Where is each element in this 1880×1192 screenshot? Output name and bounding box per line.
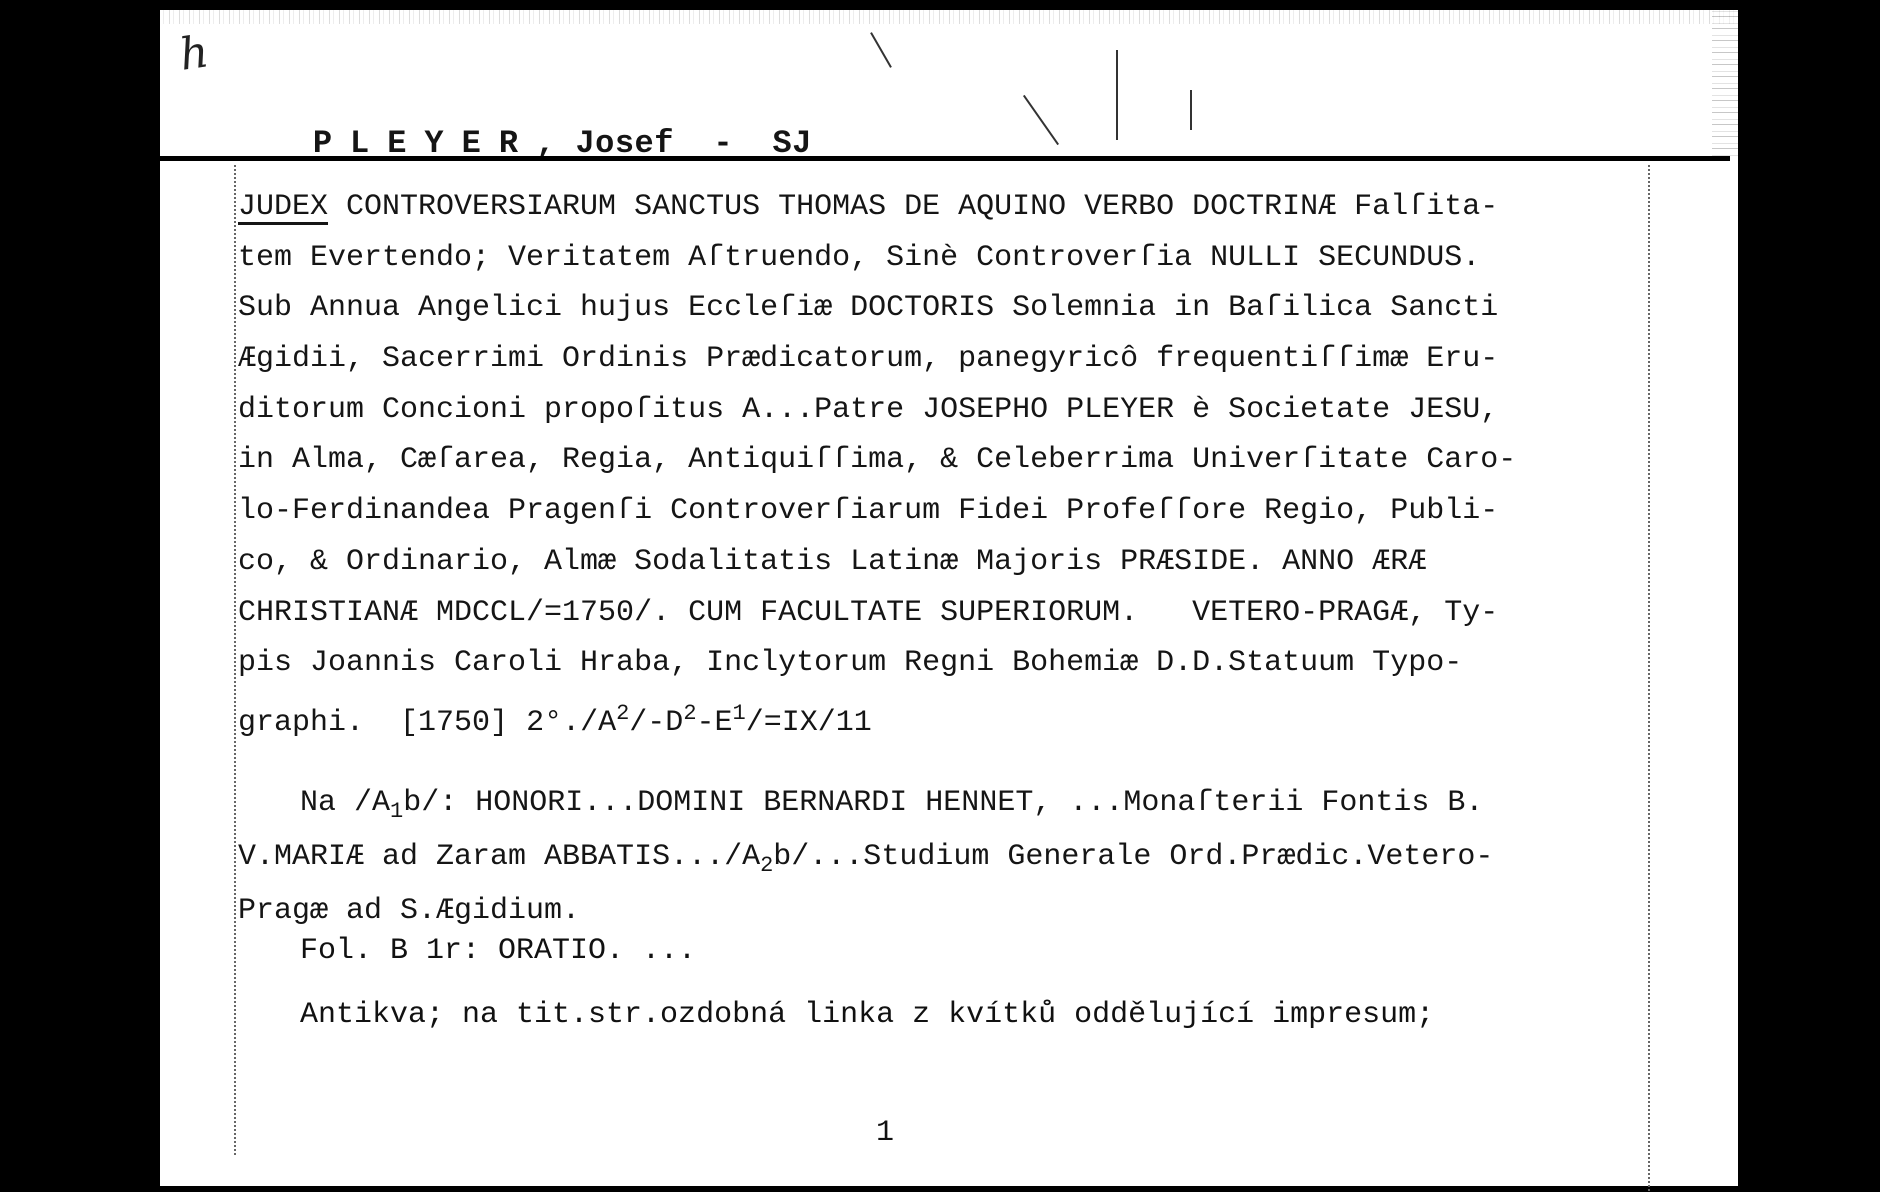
scan-artifact [1116, 50, 1118, 140]
title-line: tem Evertendo; Veritatem Aſtruendo, Sinè… [238, 233, 1638, 284]
right-margin-line [1648, 165, 1650, 1192]
scan-artifact [1190, 90, 1192, 130]
title-line: pis Joannis Caroli Hraba, Inclytorum Reg… [238, 638, 1638, 689]
title-line: co, & Ordinario, Almæ Sodalitatis Latinæ… [238, 537, 1638, 588]
scan-noise-top [160, 10, 1738, 24]
title-line: JUDEX CONTROVERSIARUM SANCTUS THOMAS DE … [238, 182, 1638, 233]
note-line: Na /A1b/: HONORI...DOMINI BERNARDI HENNE… [238, 786, 1638, 840]
catalog-card: h PLEYER, Josef - SJ JUDEX CONTROVERSIAR… [160, 10, 1738, 1186]
title-line: ditorum Concioni propoſitus A...Patre JO… [238, 385, 1638, 436]
handwritten-initials: h [177, 26, 212, 80]
collation-line: graphi. [1750] 2°./A2/-D2-E1/=IX/11 [238, 689, 1638, 740]
title-line: Sub Annua Angelici hujus Eccleſiæ DOCTOR… [238, 283, 1638, 334]
title-line: lo-Ferdinandea Pragenſi Controverſiarum … [238, 486, 1638, 537]
title-description: JUDEX CONTROVERSIARUM SANCTUS THOMAS DE … [238, 182, 1638, 740]
notes-block: Na /A1b/: HONORI...DOMINI BERNARDI HENNE… [238, 786, 1638, 948]
note-line: V.MARIÆ ad Zaram ABBATIS.../A2b/...Studi… [238, 840, 1638, 894]
title-line: in Alma, Cæſarea, Regia, Antiquiſſima, &… [238, 435, 1638, 486]
scan-artifact [1023, 95, 1059, 145]
scan-artifact [870, 32, 892, 68]
publication-date: [1750] [400, 706, 508, 740]
typography-note: Antikva; na tit.str.ozdobná linka z kvít… [300, 998, 1434, 1032]
title-line: CHRISTIANÆ MDCCL/=1750/. CUM FACULTATE S… [238, 588, 1638, 639]
title-line: Ægidii, Sacerrimi Ordinis Prædicatorum, … [238, 334, 1638, 385]
folio-note: Fol. B 1r: ORATIO. ... [300, 934, 696, 968]
left-margin-line [234, 165, 236, 1155]
card-page-number: 1 [876, 1116, 894, 1150]
scan-noise-right [1712, 10, 1738, 160]
title-lead-word: JUDEX [238, 190, 328, 224]
heading-rule [160, 156, 1730, 161]
